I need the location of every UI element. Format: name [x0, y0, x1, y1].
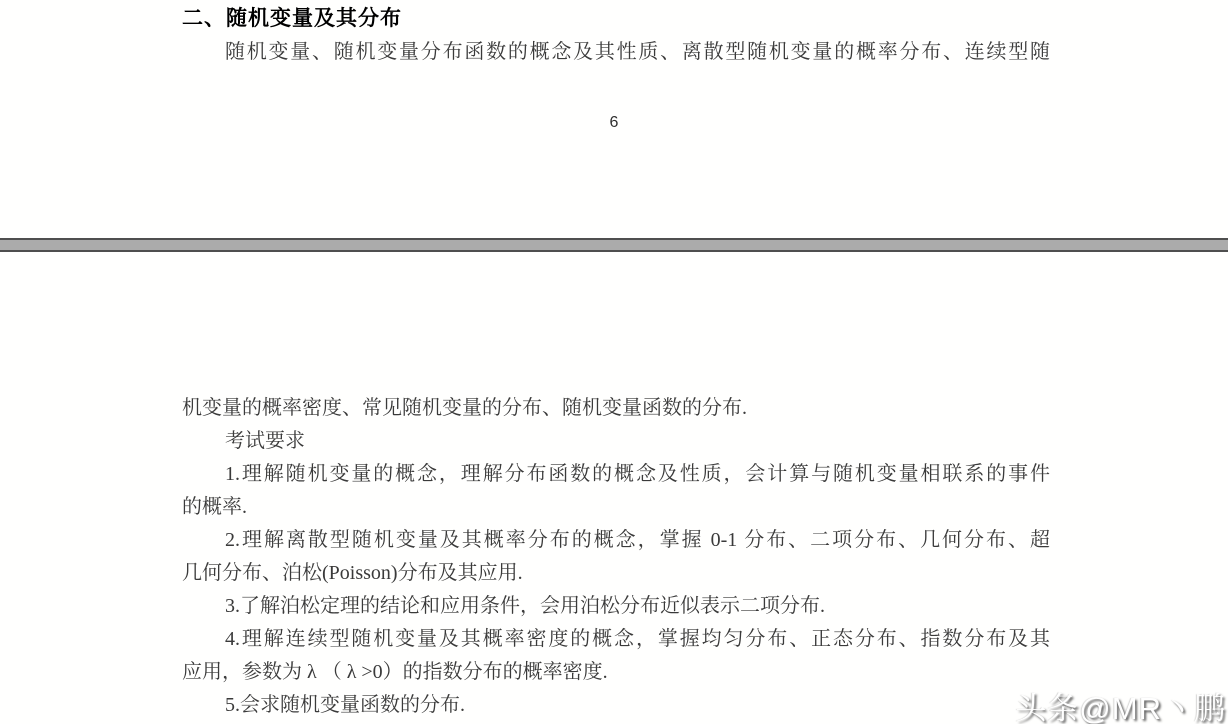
- text-line: 几何分布、泊松(Poisson)分布及其应用.: [182, 557, 1050, 590]
- page-1-content: 二、随机变量及其分布 随机变量、随机变量分布函数的概念及其性质、离散型随机变量的…: [182, 1, 1050, 69]
- page-break-bar: [0, 238, 1228, 252]
- text-line: 2.理解离散型随机变量及其概率分布的概念，掌握 0-1 分布、二项分布、几何分布…: [182, 524, 1050, 557]
- text-line: 机变量的概率密度、常见随机变量的分布、随机变量函数的分布.: [182, 392, 1050, 425]
- text-line: 考试要求: [182, 425, 1050, 458]
- page-2-content: 机变量的概率密度、常见随机变量的分布、随机变量函数的分布.考试要求1.理解随机变…: [182, 392, 1050, 722]
- text-line: 应用，参数为 λ （ λ >0）的指数分布的概率密度.: [182, 656, 1050, 689]
- text-line: 3.了解泊松定理的结论和应用条件，会用泊松分布近似表示二项分布.: [182, 590, 1050, 623]
- document-view: 二、随机变量及其分布 随机变量、随机变量分布函数的概念及其性质、离散型随机变量的…: [0, 0, 1228, 724]
- text-line: 4.理解连续型随机变量及其概率密度的概念，掌握均匀分布、正态分布、指数分布及其: [182, 623, 1050, 656]
- section-heading: 二、随机变量及其分布: [182, 1, 1050, 35]
- watermark: 头条@MR丶鹏: [1015, 683, 1226, 724]
- section-intro-line: 随机变量、随机变量分布函数的概念及其性质、离散型随机变量的概率分布、连续型随: [182, 35, 1050, 69]
- text-line: 的概率.: [182, 491, 1050, 524]
- text-line: 1.理解随机变量的概念，理解分布函数的概念及性质，会计算与随机变量相联系的事件: [182, 458, 1050, 491]
- page-number: 6: [0, 114, 1228, 132]
- text-line: 5.会求随机变量函数的分布.: [182, 689, 1050, 722]
